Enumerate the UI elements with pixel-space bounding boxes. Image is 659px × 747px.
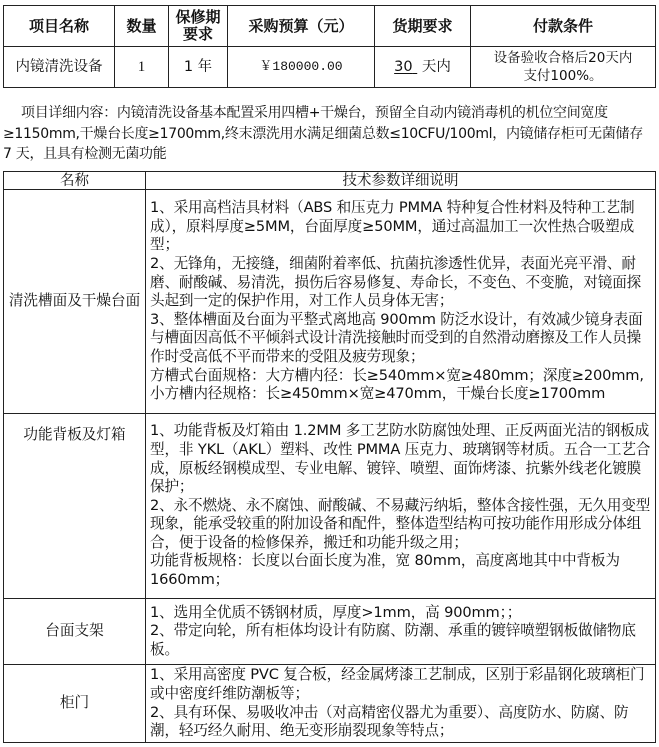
spec-paragraph: 方槽式台面规格：大方槽内径：长≥540mm×宽≥480mm；深度≥200mm,小…: [150, 367, 651, 404]
cell-delivery: 30 天内: [375, 47, 471, 88]
spec-paragraph: 功能背板规格：长度以台面长度为准，宽 80mm，高度离地其中中背板为1660mm…: [150, 552, 651, 589]
header-warranty: 保修期 要求: [169, 6, 228, 47]
technical-spec-table: 名称 技术参数详细说明 清洗槽面及干燥台面 1、采用高档洁具材料（ABS 和压克…: [3, 171, 656, 743]
summary-data-row: 内镜清洗设备 1 1 年 ￥180000.00 30 天内 设备验收合格后20天…: [4, 47, 656, 88]
spec-paragraph: 1、功能背板及灯箱由 1.2MM 多工艺防水防腐蚀处理、正反两面光洁的钢板成型，…: [150, 422, 651, 496]
cell-warranty: 1 年: [169, 47, 228, 88]
spec-paragraph: 1、采用高密度 PVC 复合板，经金属烤漆工艺制成，区别于彩晶钢化玻璃柜门或中密…: [150, 666, 651, 703]
project-detail-paragraph: 项目详细内容：内镜清洗设备基本配置采用四槽+干燥台，预留全自动内镜消毒机的机位空…: [3, 103, 655, 165]
cell-payment-terms: 设备验收合格后20天内 支付100%。: [471, 47, 656, 88]
delivery-days: 30: [394, 59, 412, 75]
spec-header-row: 名称 技术参数详细说明: [4, 172, 656, 190]
header-item-name: 项目名称: [4, 6, 115, 47]
payment-line2: 支付100%。: [471, 67, 655, 85]
cell-budget: ￥180000.00: [228, 47, 375, 88]
procurement-summary-table: 项目名称 数量 保修期 要求 采购预算（元） 货期要求 付款条件 内镜清洗设备 …: [3, 5, 656, 88]
spec-row-name: 台面支架: [4, 599, 146, 665]
cell-item-name: 内镜清洗设备: [4, 47, 115, 88]
spec-row: 清洗槽面及干燥台面 1、采用高档洁具材料（ABS 和压克力 PMMA 特种复合性…: [4, 190, 656, 414]
header-payment-terms: 付款条件: [471, 6, 656, 47]
header-warranty-line2: 要求: [169, 26, 227, 43]
spec-paragraph: 2、永不燃烧、永不腐蚀、耐酸碱、不易藏污纳垢，整体含接性强，无久用变型现象，能承…: [150, 497, 651, 553]
payment-line1: 设备验收合格后20天内: [471, 49, 655, 67]
spec-row-detail: 1、采用高档洁具材料（ABS 和压克力 PMMA 特种复合性材料及特种工艺制成）…: [146, 190, 656, 414]
spec-paragraph: 2、无锋角，无接缝，细菌附着率低、抗菌抗渗透性优异，表面光亮平滑、耐磨、耐酸碱、…: [150, 255, 651, 311]
header-delivery: 货期要求: [375, 6, 471, 47]
spec-header-name: 名称: [4, 172, 146, 190]
cell-quantity: 1: [115, 47, 169, 88]
spec-paragraph: 1、采用高档洁具材料（ABS 和压克力 PMMA 特种复合性材料及特种工艺制成）…: [150, 199, 651, 255]
spec-row-name: 柜门: [4, 665, 146, 743]
spec-paragraph: 1、选用全优质不锈钢材质，厚度>1mm，高 900mm；；: [150, 604, 651, 623]
spec-row-name: 清洗槽面及干燥台面: [4, 190, 146, 414]
delivery-suffix: 天内: [417, 59, 451, 75]
delivery-days-underlined: 30: [394, 59, 417, 75]
spec-paragraph: 2、具有环保、易吸收冲击（对高精密仪器尤为重要）、高度防水、防腐、防潮，轻巧经久…: [150, 704, 651, 741]
summary-header-row: 项目名称 数量 保修期 要求 采购预算（元） 货期要求 付款条件: [4, 6, 656, 47]
spec-row-detail: 1、功能背板及灯箱由 1.2MM 多工艺防水防腐蚀处理、正反两面光洁的钢板成型，…: [146, 414, 656, 599]
header-warranty-line1: 保修期: [169, 9, 227, 26]
spec-row-detail: 1、采用高密度 PVC 复合板，经金属烤漆工艺制成，区别于彩晶钢化玻璃柜门或中密…: [146, 665, 656, 743]
spec-paragraph: 3、整体槽面及台面为平整式离地高 900mm 防泛水设计，有效减少镜身表面与槽面…: [150, 311, 651, 367]
spec-row: 柜门 1、采用高密度 PVC 复合板，经金属烤漆工艺制成，区别于彩晶钢化玻璃柜门…: [4, 665, 656, 743]
spec-row: 功能背板及灯箱 1、功能背板及灯箱由 1.2MM 多工艺防水防腐蚀处理、正反两面…: [4, 414, 656, 599]
spec-header-detail: 技术参数详细说明: [146, 172, 656, 190]
header-budget: 采购预算（元）: [228, 6, 375, 47]
spec-paragraph: 2、带定向轮，所有柜体均设计有防腐、防潮、承重的镀锌喷塑钢板做储物底板。: [150, 622, 651, 659]
spec-row: 台面支架 1、选用全优质不锈钢材质，厚度>1mm，高 900mm；； 2、带定向…: [4, 599, 656, 665]
spec-row-name: 功能背板及灯箱: [4, 414, 146, 599]
spec-row-detail: 1、选用全优质不锈钢材质，厚度>1mm，高 900mm；； 2、带定向轮，所有柜…: [146, 599, 656, 665]
header-quantity: 数量: [115, 6, 169, 47]
